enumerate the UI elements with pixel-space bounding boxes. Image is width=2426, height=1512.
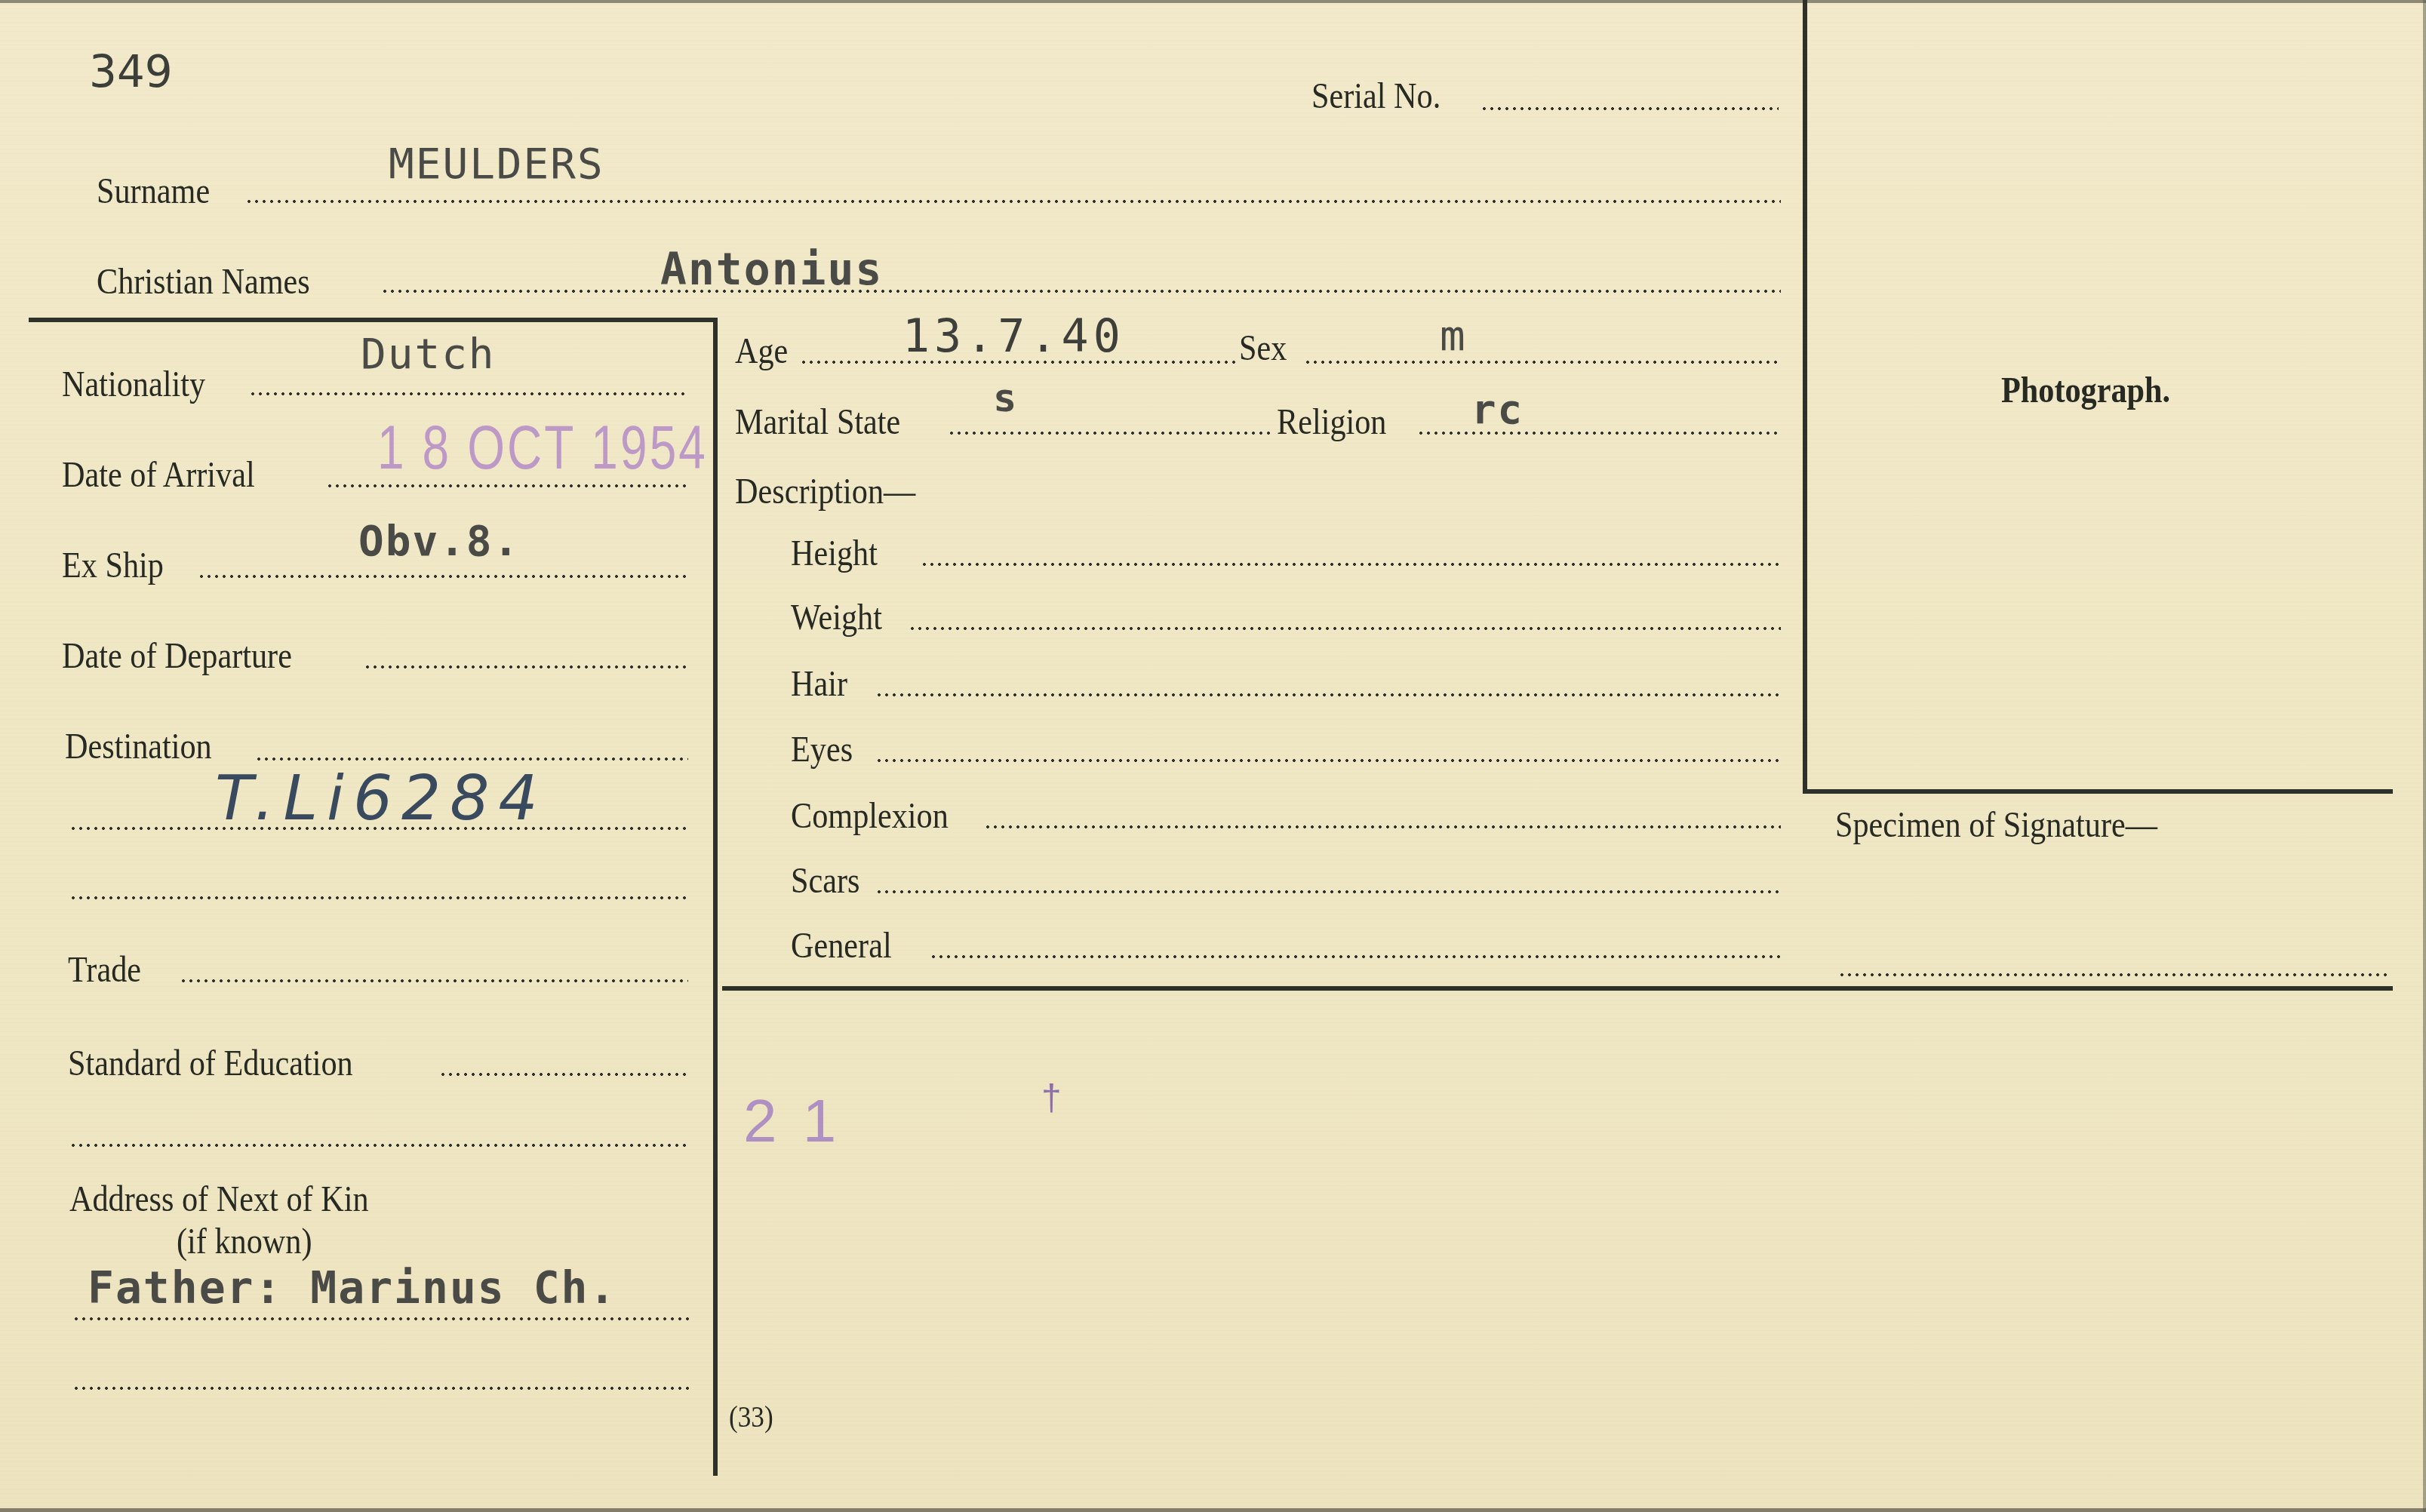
next-of-kin-value: Father: Marinus Ch. — [88, 1266, 616, 1310]
description-scars-field — [875, 889, 1781, 895]
description-complexion-label: Complexion — [791, 798, 949, 834]
number-stamp: 2 1 — [743, 1091, 841, 1151]
religion-label: Religion — [1277, 404, 1386, 441]
rule-photo-left — [1803, 0, 1807, 794]
rule-photo-bottom — [1803, 789, 2393, 794]
destination-handwritten-value: T.Li6284 — [215, 768, 547, 830]
description-height-field — [921, 561, 1781, 567]
date-of-arrival-field — [326, 483, 688, 489]
age-value: 13.7.40 — [902, 314, 1125, 359]
description-height-label: Height — [791, 536, 878, 572]
description-hair-label: Hair — [791, 666, 847, 702]
description-label: Description— — [735, 474, 915, 510]
destination-field — [255, 756, 688, 762]
surname-value: MEULDERS — [389, 143, 604, 186]
surname-label: Surname — [97, 174, 210, 210]
age-label: Age — [735, 333, 788, 370]
sex-label: Sex — [1239, 330, 1287, 367]
next-of-kin-field-line-2 — [72, 1385, 691, 1391]
description-complexion-field — [984, 824, 1781, 830]
marital-state-value: s — [993, 379, 1018, 418]
marital-state-field — [948, 430, 1272, 436]
destination-field-line-2 — [69, 825, 688, 831]
description-hair-field — [875, 692, 1781, 698]
marital-state-label: Marital State — [735, 404, 900, 441]
serial-no-label: Serial No. — [1311, 78, 1441, 115]
nationality-label: Nationality — [62, 367, 205, 403]
description-weight-field — [909, 625, 1781, 632]
card-edge-bottom — [0, 1508, 2426, 1512]
description-general-field — [930, 954, 1781, 960]
next-of-kin-label: Address of Next of Kin — [69, 1182, 369, 1218]
rule-top-left — [29, 318, 717, 322]
nationality-field — [249, 391, 688, 397]
christian-names-field — [381, 288, 1781, 294]
form-code: (33) — [729, 1402, 773, 1432]
arrival-date-stamp: 1 8 OCT 1954 — [377, 417, 708, 479]
rule-description-bottom — [722, 986, 2393, 991]
next-of-kin-field — [72, 1316, 691, 1322]
description-general-label: General — [791, 928, 892, 964]
destination-label: Destination — [65, 729, 212, 765]
sex-value: m — [1440, 315, 1467, 358]
rule-column-divider — [713, 318, 718, 1476]
destination-field-line-3 — [69, 895, 688, 901]
signature-label: Specimen of Signature— — [1835, 807, 2157, 844]
sex-field — [1304, 359, 1781, 365]
next-of-kin-sublabel: (if known) — [177, 1224, 312, 1260]
alien-registration-card: 349 Serial No. MEULDERS Surname Antonius… — [0, 0, 2426, 1512]
ex-ship-label: Ex Ship — [62, 548, 164, 584]
surname-field — [245, 198, 1781, 204]
age-field — [800, 359, 1238, 365]
description-eyes-label: Eyes — [791, 732, 853, 768]
record-number: 349 — [89, 50, 173, 94]
christian-names-value: Antonius — [660, 247, 883, 291]
trade-label: Trade — [68, 952, 141, 988]
description-eyes-field — [875, 758, 1781, 764]
signature-field — [1838, 972, 2391, 978]
standard-of-education-field — [439, 1071, 690, 1077]
serial-no-field — [1481, 106, 1779, 112]
card-edge-right — [2423, 0, 2426, 1512]
ex-ship-field — [198, 573, 688, 579]
ex-ship-value: Obv.8. — [358, 521, 520, 563]
photograph-label: Photograph. — [2001, 373, 2170, 409]
date-of-arrival-label: Date of Arrival — [62, 457, 255, 493]
card-edge-top — [0, 0, 2426, 3]
religion-value: rc — [1471, 389, 1524, 430]
description-scars-label: Scars — [791, 863, 859, 899]
date-of-departure-label: Date of Departure — [62, 638, 292, 675]
description-weight-label: Weight — [791, 600, 882, 636]
stamp-mark: † — [1041, 1080, 1062, 1117]
standard-of-education-label: Standard of Education — [68, 1046, 353, 1082]
christian-names-label: Christian Names — [97, 264, 310, 300]
religion-field — [1417, 430, 1781, 436]
standard-of-education-field-line-2 — [69, 1142, 690, 1148]
trade-field — [180, 978, 688, 984]
nationality-value: Dutch — [361, 333, 496, 376]
date-of-departure-field — [364, 664, 688, 670]
